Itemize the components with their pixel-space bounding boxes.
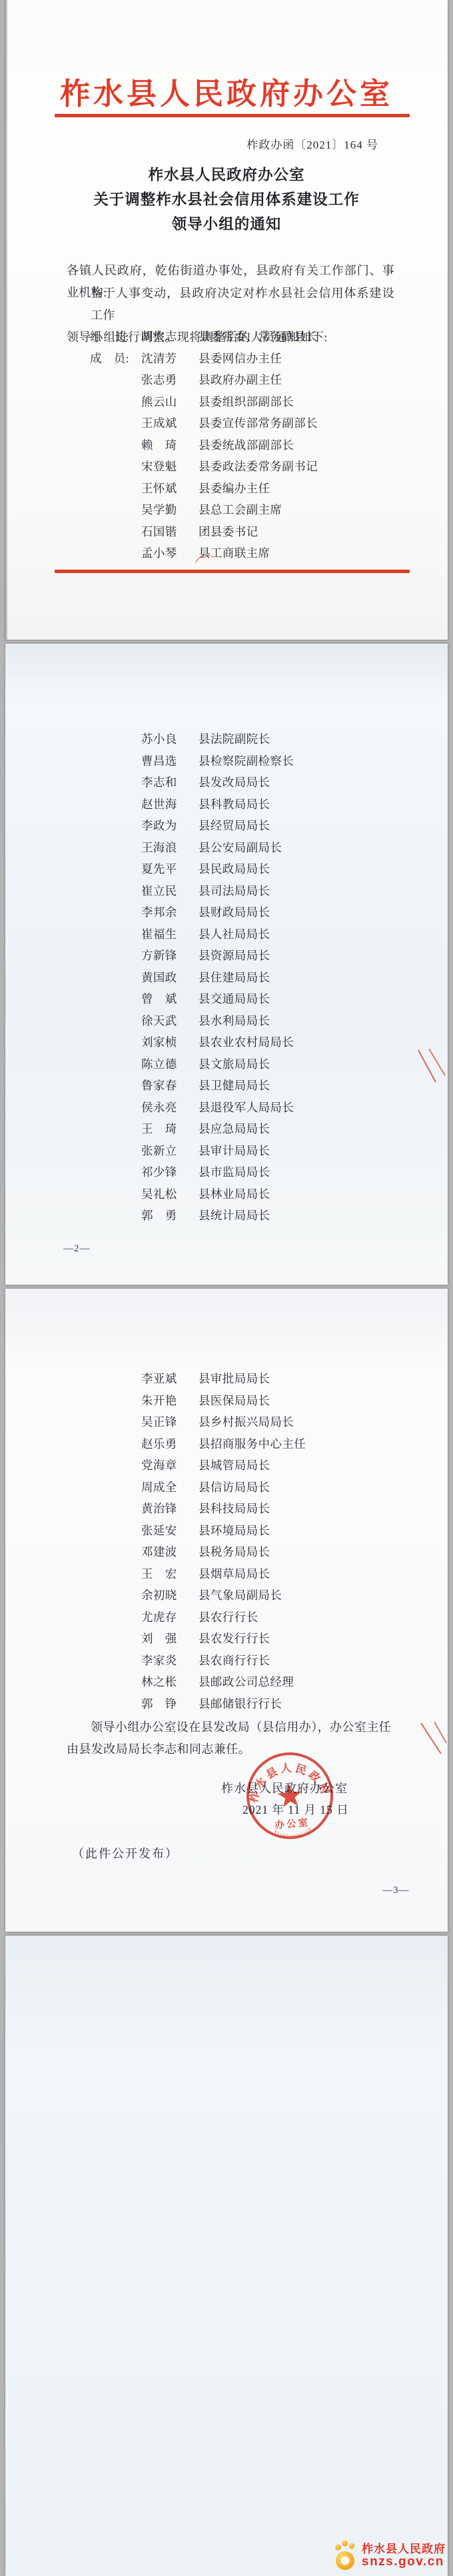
roster-row: 郭 铮县邮储银行行长 <box>90 1693 306 1715</box>
roster-row: 方新锋县资源局局长 <box>90 945 294 967</box>
member-name: 熊云山 <box>141 391 199 413</box>
member-name: 王 琦 <box>141 1118 199 1140</box>
seal-star-icon <box>276 1782 302 1807</box>
roster-row: 余初晓县气象局副局长 <box>90 1585 306 1607</box>
member-name: 赖 琦 <box>141 434 199 456</box>
member-title: 县总工会副主席 <box>199 503 282 516</box>
scanned-notice-document: 柞水县人民政府办公室 柞政办函〔2021〕164 号 柞水县人民政府办公室 关于… <box>0 0 453 2576</box>
roster-row: 崔立民县司法局局长 <box>90 880 294 902</box>
roster-row: 吴学勤县总工会副主席 <box>90 499 318 521</box>
member-name: 李志和 <box>141 772 199 794</box>
member-name: 张新立 <box>141 1140 199 1162</box>
roster-row: 王海浪县公安局副局长 <box>90 837 294 859</box>
member-title: 县医保局局长 <box>199 1394 270 1407</box>
member-title: 县邮政公司总经理 <box>199 1675 294 1688</box>
member-name: 曹昌选 <box>141 750 199 772</box>
notice-title-line-1: 柞水县人民政府办公室 <box>5 163 448 187</box>
member-name: 孟小琴 <box>141 542 199 564</box>
roster-row: 陈立德县文旅局局长 <box>90 1053 294 1075</box>
red-pen-mark <box>414 1049 446 1085</box>
member-title: 县城管局局长 <box>199 1459 270 1472</box>
member-name: 胡大志 <box>141 326 199 348</box>
roster-row: 祁少锋县市监局局长 <box>90 1161 294 1183</box>
roster-role-label: 成 员: <box>90 348 141 370</box>
member-name: 赵乐勇 <box>141 1433 199 1455</box>
member-name: 李政为 <box>141 815 199 837</box>
roster-row: 赖 琦县委统战部副部长 <box>90 434 318 456</box>
roster-row: 王怀斌县委编办主任 <box>90 478 318 500</box>
roster-row: 党海章县城管局局长 <box>90 1455 306 1477</box>
agency-header: 柞水县人民政府办公室 <box>5 69 448 113</box>
member-title: 县乡村振兴局局长 <box>199 1415 294 1429</box>
roster-row: 徐天武县水利局局长 <box>90 1010 294 1032</box>
page-number: —3— <box>382 1885 410 1896</box>
member-title: 县卫健局局长 <box>199 1079 270 1092</box>
roster-row: 吴礼松县林业局局长 <box>90 1183 294 1205</box>
member-name: 方新锋 <box>141 945 199 967</box>
roster-row: 熊云山县委组织部副部长 <box>90 391 318 413</box>
member-roster-page3: 李亚斌县审批局局长 朱开艳县医保局局长 吴正锋县乡村振兴局局长 赵乐勇县招商服务… <box>90 1368 306 1714</box>
member-title: 县发改局局长 <box>199 776 270 789</box>
roster-row: 周成全县信访局局长 <box>90 1477 306 1499</box>
notice-title-line-3: 领导小组的通知 <box>5 212 448 237</box>
member-name: 陈立德 <box>141 1053 199 1075</box>
member-name: 周成全 <box>141 1477 199 1499</box>
member-title: 县检察院副检察长 <box>199 754 294 768</box>
roster-row: 朱开艳县医保局局长 <box>90 1390 306 1412</box>
member-title: 县委政法委常务副书记 <box>199 460 318 473</box>
official-seal-icon: 柞水县人民政府 办公室 6110260085120 <box>236 1742 344 1850</box>
roster-row: 黄治锋县科技局局长 <box>90 1498 306 1520</box>
member-title: 县财政局局长 <box>199 906 270 919</box>
roster-role-label: 组 长: <box>90 326 141 348</box>
notice-title: 柞水县人民政府办公室 关于调整柞水县社会信用体系建设工作 领导小组的通知 <box>5 163 448 237</box>
member-name: 党海章 <box>141 1455 199 1477</box>
member-title: 县委统战部副部长 <box>199 438 294 452</box>
member-title: 县气象局副局长 <box>199 1589 282 1602</box>
roster-row: 郭 勇县统计局局长 <box>90 1205 294 1227</box>
member-name: 崔立民 <box>141 880 199 902</box>
member-name: 邓建波 <box>141 1541 199 1563</box>
document-number: 柞政办函〔2021〕164 号 <box>246 135 378 152</box>
member-title: 县民政局局长 <box>199 862 270 876</box>
roster-row: 赵乐勇县招商服务中心主任 <box>90 1433 306 1455</box>
page-1: 柞水县人民政府办公室 柞政办函〔2021〕164 号 柞水县人民政府办公室 关于… <box>5 0 448 640</box>
member-title: 县经贸局局长 <box>199 819 270 832</box>
member-title: 县农业农村局局长 <box>199 1035 294 1049</box>
roster-row: 曾 斌县交通局局长 <box>90 988 294 1010</box>
member-title: 县委常委、常务副县长 <box>199 330 318 343</box>
site-url: snzs.gov.cn <box>362 2555 444 2569</box>
member-title: 县资源局局长 <box>199 949 270 962</box>
member-roster-page2: 苏小良县法院副院长 曹昌选县检察院副检察长 李志和县发改局局长 赵世海县科教局局… <box>90 728 294 1227</box>
member-title: 县文旅局局长 <box>199 1057 270 1071</box>
page-number: —2— <box>63 1243 91 1255</box>
roster-row: 苏小良县法院副院长 <box>90 728 294 750</box>
member-name: 宋登魁 <box>141 456 199 478</box>
member-title: 县市监局局长 <box>199 1165 270 1179</box>
member-title: 县审批局局长 <box>199 1372 270 1385</box>
roster-row: 李志和县发改局局长 <box>90 772 294 794</box>
roster-row: 吴正锋县乡村振兴局局长 <box>90 1411 306 1433</box>
member-name: 沈清芳 <box>141 348 199 370</box>
office-note: 领导小组办公室设在县发改局（县信用办），办公室主任 由县发改局局长李志和同志兼任… <box>67 1716 394 1760</box>
roster-row: 组 长:胡大志县委常委、常务副县长 <box>90 326 318 348</box>
roster-row: 李邦余县财政局局长 <box>90 902 294 924</box>
member-name: 张延安 <box>141 1520 199 1542</box>
roster-row: 刘 强县农发行行长 <box>90 1628 306 1650</box>
member-name: 吴正锋 <box>141 1411 199 1433</box>
member-name: 郭 勇 <box>141 1205 199 1227</box>
member-name: 黄治锋 <box>141 1498 199 1520</box>
page-3: 李亚斌县审批局局长 朱开艳县医保局局长 吴正锋县乡村振兴局局长 赵乐勇县招商服务… <box>5 1289 448 1932</box>
site-name: 柞水县人民政府 <box>362 2539 446 2556</box>
member-title: 县退役军人局局长 <box>199 1101 294 1114</box>
member-title: 县科技局局长 <box>199 1502 270 1515</box>
member-name: 王 宏 <box>141 1563 199 1585</box>
roster-row: 张志勇县政府办副主任 <box>90 369 318 391</box>
member-title: 县委网信办主任 <box>199 352 282 365</box>
roster-row: 张新立县审计局局长 <box>90 1140 294 1162</box>
member-name: 赵世海 <box>141 794 199 816</box>
member-title: 县委组织部副部长 <box>199 395 294 408</box>
roster-row: 刘家桢县农业农村局局长 <box>90 1031 294 1053</box>
member-name: 黄国政 <box>141 967 199 989</box>
roster-row: 林之枨县邮政公司总经理 <box>90 1671 306 1693</box>
member-name: 鲁家春 <box>141 1075 199 1097</box>
roster-row: 李政为县经贸局局长 <box>90 815 294 837</box>
member-name: 苏小良 <box>141 728 199 750</box>
intro-line-1: 鉴于人事变动，县政府决定对柞水县社会信用体系建设工作 <box>67 283 394 326</box>
member-title: 县委编办主任 <box>199 482 270 495</box>
member-name: 崔福生 <box>141 924 199 946</box>
roster-row: 邓建波县税务局局长 <box>90 1541 306 1563</box>
member-title: 县政府办副主任 <box>199 373 282 386</box>
roster-row: 黄国政县住建局局长 <box>90 967 294 989</box>
member-title: 县林业局局长 <box>199 1187 270 1201</box>
member-name: 王怀斌 <box>141 478 199 500</box>
seal-center-text: 办公室 <box>274 1816 310 1832</box>
footprint-logo-icon <box>334 2539 360 2571</box>
member-title: 县公安局副局长 <box>199 841 282 854</box>
member-name: 李家炎 <box>141 1650 199 1672</box>
office-note-line-2: 由县发改局局长李志和同志兼任。 <box>67 1738 394 1760</box>
member-title: 县司法局局长 <box>199 884 270 898</box>
roster-row: 王成斌县委宣传部常务副部长 <box>90 412 318 434</box>
member-title: 县应急局局长 <box>199 1122 270 1135</box>
roster-row: 王 琦县应急局局长 <box>90 1118 294 1140</box>
member-name: 余初晓 <box>141 1585 199 1607</box>
member-name: 尤虎存 <box>141 1607 199 1628</box>
member-title: 县审计局局长 <box>199 1144 270 1157</box>
roster-row: 夏先平县民政局局长 <box>90 858 294 880</box>
header-red-rule <box>55 114 410 117</box>
roster-row: 曹昌选县检察院副检察长 <box>90 750 294 772</box>
member-title: 县科教局局长 <box>199 798 270 811</box>
roster-row: 王 宏县烟草局局长 <box>90 1563 306 1585</box>
roster-row: 李亚斌县审批局局长 <box>90 1368 306 1390</box>
member-name: 曾 斌 <box>141 988 199 1010</box>
roster-row: 张延安县环境局局长 <box>90 1520 306 1542</box>
leader-roster: 组 长:胡大志县委常委、常务副县长 成 员:沈清芳县委网信办主任 张志勇县政府办… <box>90 326 318 564</box>
member-title: 县水利局局长 <box>199 1014 270 1027</box>
member-name: 吴礼松 <box>141 1183 199 1205</box>
red-pen-mark <box>195 552 212 564</box>
member-title: 县信访局局长 <box>199 1481 270 1494</box>
roster-row: 尤虎存县农行行长 <box>90 1607 306 1628</box>
member-name: 郭 铮 <box>141 1693 199 1715</box>
member-title: 县招商服务中心主任 <box>199 1437 306 1451</box>
member-name: 林之枨 <box>141 1671 199 1693</box>
member-title: 县环境局局长 <box>199 1524 270 1537</box>
member-name: 张志勇 <box>141 369 199 391</box>
member-name: 刘 强 <box>141 1628 199 1650</box>
member-name: 王成斌 <box>141 412 199 434</box>
roster-row: 崔福生县人社局局长 <box>90 924 294 946</box>
member-title: 县住建局局长 <box>199 971 270 984</box>
member-name: 刘家桢 <box>141 1031 199 1053</box>
member-name: 李亚斌 <box>141 1368 199 1390</box>
member-name: 徐天武 <box>141 1010 199 1032</box>
roster-row: 宋登魁县委政法委常务副书记 <box>90 456 318 478</box>
site-watermark-badge: 柞水县人民政府 snzs.gov.cn <box>334 2537 444 2572</box>
member-title: 县烟草局局长 <box>199 1567 270 1581</box>
member-name: 祁少锋 <box>141 1161 199 1183</box>
page-2: 苏小良县法院副院长 曹昌选县检察院副检察长 李志和县发改局局长 赵世海县科教局局… <box>5 644 448 1285</box>
office-note-line-1: 领导小组办公室设在县发改局（县信用办），办公室主任 <box>67 1716 394 1738</box>
roster-row: 石国锴团县委书记 <box>90 521 318 543</box>
member-title: 县农商行行长 <box>199 1654 270 1667</box>
footer-red-rule <box>55 570 410 573</box>
public-release-note: （此件公开发布） <box>72 1844 179 1862</box>
member-title: 县农发行行长 <box>199 1632 270 1645</box>
member-title: 团县委书记 <box>199 525 258 538</box>
member-name: 李邦余 <box>141 902 199 924</box>
member-name: 吴学勤 <box>141 499 199 521</box>
roster-row: 侯永亮县退役军人局局长 <box>90 1097 294 1119</box>
roster-row: 李家炎县农商行行长 <box>90 1650 306 1672</box>
member-title: 县统计局局长 <box>199 1209 270 1222</box>
page-4-blank: 柞水县人民政府 snzs.gov.cn <box>5 1936 448 2576</box>
member-name: 石国锴 <box>141 521 199 543</box>
roster-row: 成 员:沈清芳县委网信办主任 <box>90 348 318 370</box>
member-title: 县税务局局长 <box>199 1545 270 1559</box>
notice-title-line-2: 关于调整柞水县社会信用体系建设工作 <box>5 187 448 212</box>
member-name: 侯永亮 <box>141 1097 199 1119</box>
member-title: 县委宣传部常务副部长 <box>199 416 318 430</box>
member-title: 县交通局局长 <box>199 992 270 1005</box>
member-title: 县法院副院长 <box>199 732 270 746</box>
member-title: 县农行行长 <box>199 1610 258 1624</box>
member-name: 夏先平 <box>141 858 199 880</box>
roster-row: 鲁家春县卫健局局长 <box>90 1075 294 1097</box>
member-name: 王海浪 <box>141 837 199 859</box>
member-name: 朱开艳 <box>141 1390 199 1412</box>
member-title: 县邮储银行行长 <box>199 1697 282 1710</box>
red-pen-mark <box>417 1720 447 1757</box>
roster-row: 赵世海县科教局局长 <box>90 794 294 816</box>
member-title: 县人社局局长 <box>199 928 270 941</box>
